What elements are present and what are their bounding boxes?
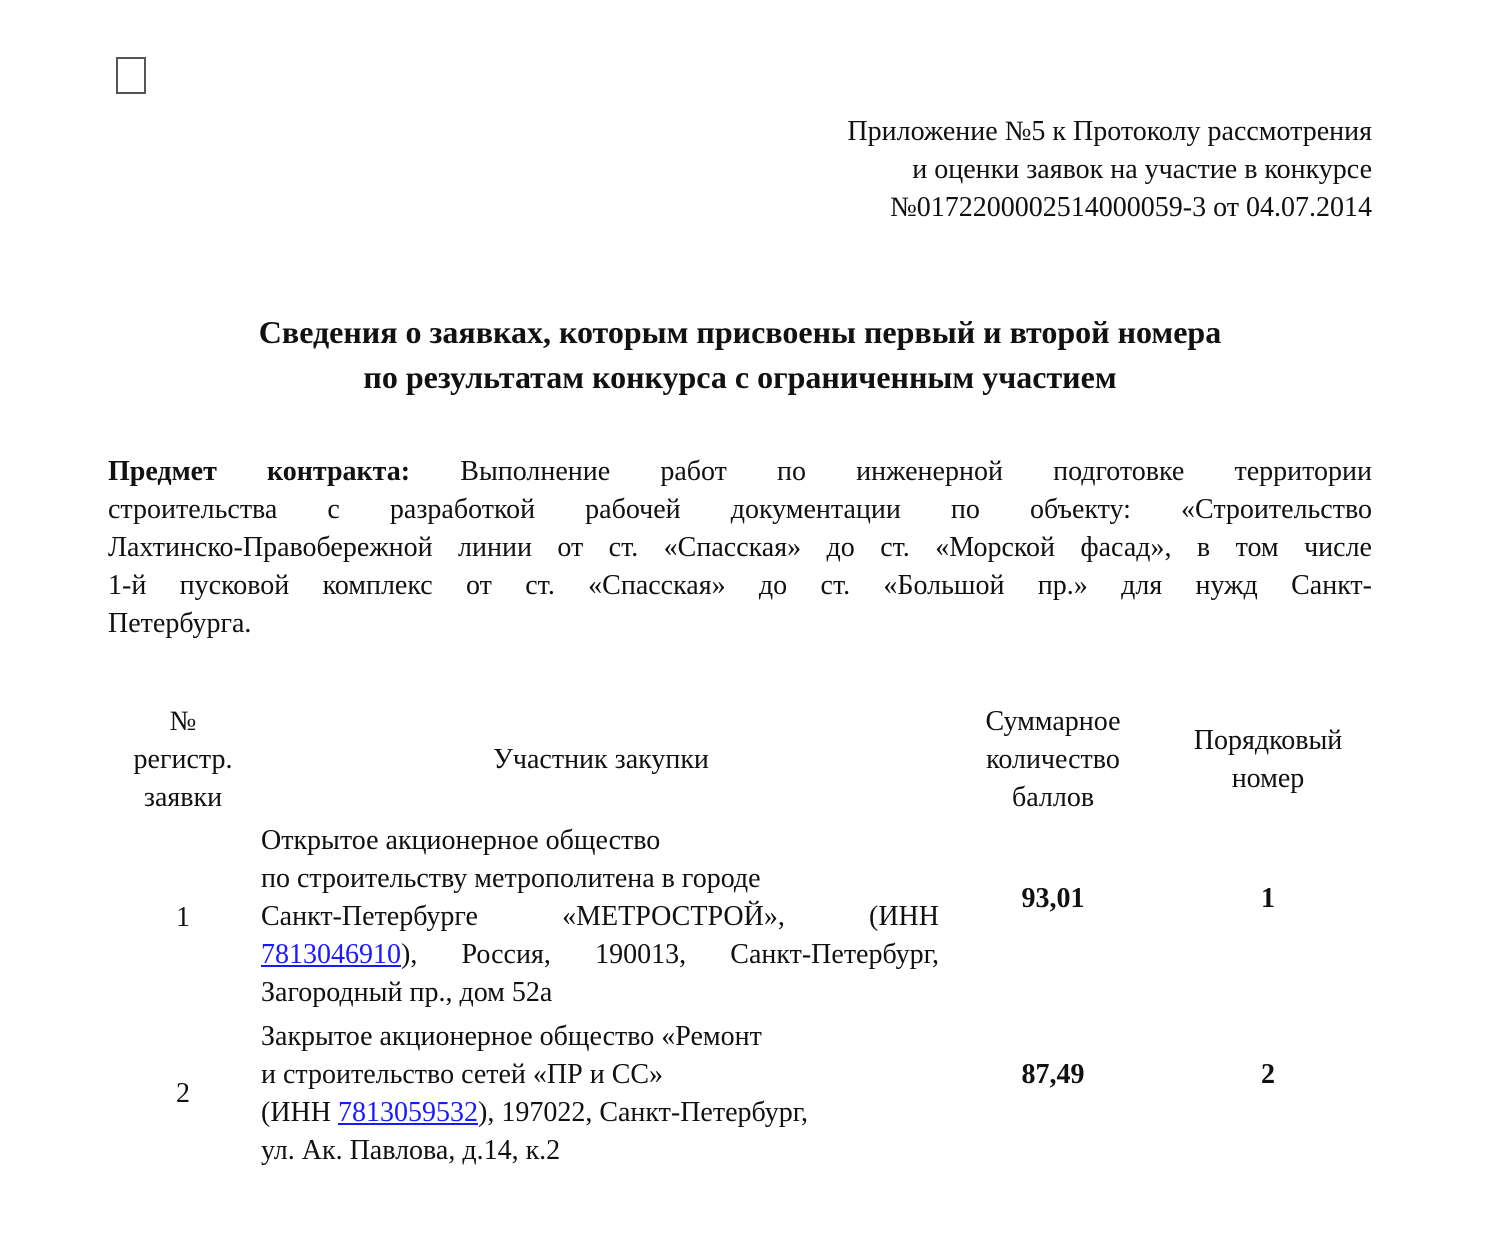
appendix-line-1: Приложение №5 к Протоколу рассмотрения [672, 113, 1372, 151]
appendix-header: Приложение №5 к Протоколу рассмотрения и… [672, 113, 1372, 227]
subject-line-2: строительства с разработкой рабочей доку… [108, 491, 1372, 529]
appendix-line-3: №0172200002514000059-3 от 04.07.2014 [672, 189, 1372, 227]
row-1-number: 1 [108, 899, 258, 937]
inn-link-1[interactable]: 7813046910 [261, 939, 401, 970]
header-participant: Участник закупки [261, 741, 941, 779]
subject-line-1: Предмет контракта: Выполнение работ по и… [108, 453, 1372, 491]
document-title: Сведения о заявках, которым присвоены пе… [100, 310, 1380, 400]
title-line-2: по результатам конкурса с ограниченным у… [100, 355, 1380, 400]
checkbox[interactable] [116, 57, 146, 94]
row-1-participant: Открытое акционерное общество по строите… [261, 822, 939, 1012]
header-rank: Порядковый номер [1168, 722, 1368, 798]
subject-label: Предмет контракта: [108, 456, 410, 487]
row-2-participant: Закрытое акционерное общество «Ремонт и … [261, 1018, 939, 1170]
title-line-1: Сведения о заявках, которым присвоены пе… [100, 310, 1380, 355]
header-reg-number: № регистр. заявки [108, 703, 258, 817]
subject-line-3: Лахтинско-Правобережной линии от ст. «Сп… [108, 529, 1372, 567]
appendix-line-2: и оценки заявок на участие в конкурсе [672, 151, 1372, 189]
header-score: Суммарное количество баллов [953, 703, 1153, 817]
subject-line-5: Петербурга. [108, 605, 1372, 643]
row-2-number: 2 [108, 1075, 258, 1113]
contract-subject: Предмет контракта: Выполнение работ по и… [108, 453, 1372, 643]
row-1-rank: 1 [1168, 880, 1368, 918]
inn-link-2[interactable]: 7813059532 [338, 1097, 478, 1128]
subject-line-4: 1-й пусковой комплекс от ст. «Спасская» … [108, 567, 1372, 605]
row-1-score: 93,01 [953, 880, 1153, 918]
row-2-rank: 2 [1168, 1056, 1368, 1094]
row-2-score: 87,49 [953, 1056, 1153, 1094]
